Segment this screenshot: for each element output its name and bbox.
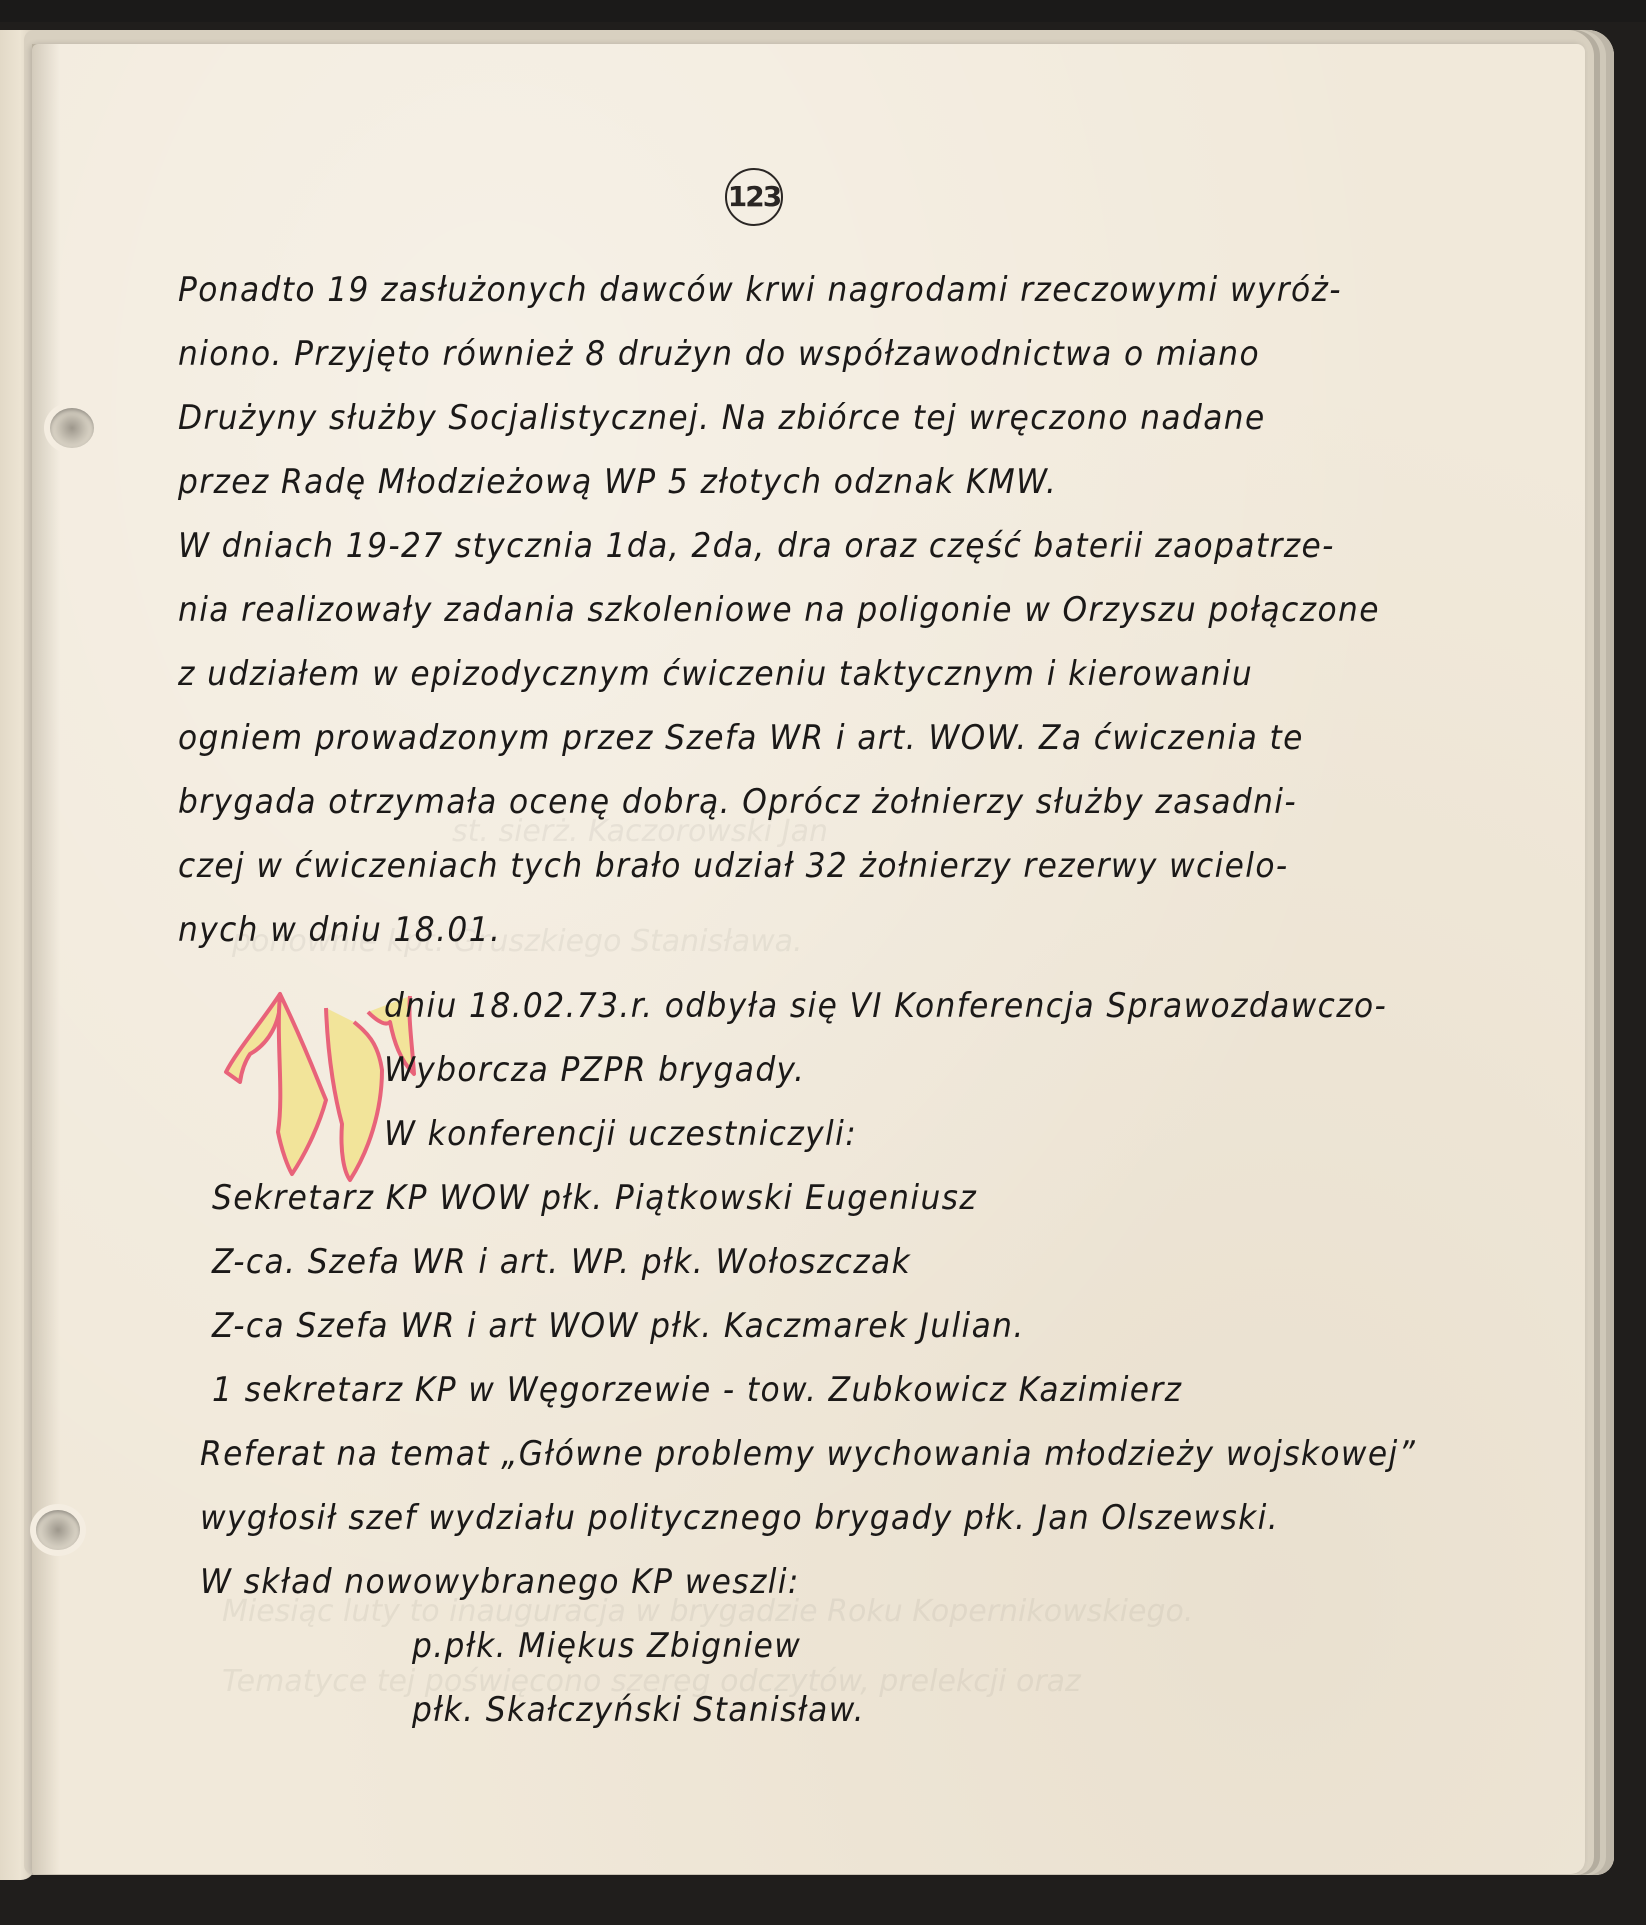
text-line: z udziałem w epizodycznym ćwiczeniu takt… — [178, 654, 1253, 694]
text-line: nych w dniu 18.01. — [178, 910, 501, 950]
text-line: Sekretarz KP WOW płk. Piątkowski Eugeniu… — [212, 1178, 977, 1218]
background-strip — [0, 0, 1646, 22]
text-line: Ponadto 19 zasłużonych dawców krwi nagro… — [178, 270, 1342, 310]
gutter-shadow — [32, 44, 60, 1874]
page-number: 123 — [725, 168, 783, 226]
text-line: W konferencji uczestniczyli: — [384, 1114, 857, 1154]
text-line: W dniach 19-27 stycznia 1da, 2da, dra or… — [178, 526, 1335, 566]
text-line: W skład nowowybranego KP weszli: — [200, 1562, 800, 1602]
text-line: ogniem prowadzonym przez Szefa WR i art.… — [178, 718, 1304, 758]
text-line: wygłosił szef wydziału politycznego bryg… — [200, 1498, 1279, 1538]
text-line: Wyborcza PZPR brygady. — [384, 1050, 805, 1090]
text-line: niono. Przyjęto również 8 drużyn do wspó… — [178, 334, 1260, 374]
text-line: płk. Skałczyński Stanisław. — [412, 1690, 865, 1730]
text-line: Referat na temat „Główne problemy wychow… — [200, 1434, 1416, 1474]
text-line: Drużyny służby Socjalistycznej. Na zbiór… — [178, 398, 1266, 438]
text-line: Z-ca. Szefa WR i art. WP. płk. Wołoszcza… — [212, 1242, 911, 1282]
text-line: p.płk. Miękus Zbigniew — [412, 1626, 801, 1666]
text-line: 1 sekretarz KP w Węgorzewie - tow. Zubko… — [212, 1370, 1182, 1410]
text-line: nia realizowały zadania szkoleniowe na p… — [178, 590, 1380, 630]
text-line: przez Radę Młodzieżową WP 5 złotych odzn… — [178, 462, 1057, 502]
scanned-book-scene: st. sierż. Kaczorowski Jan ponownie kpt.… — [0, 0, 1646, 1925]
text-line: czej w ćwiczeniach tych brało udział 32 … — [178, 846, 1289, 886]
punch-hole-icon — [36, 1510, 80, 1550]
document-page: st. sierż. Kaczorowski Jan ponownie kpt.… — [32, 44, 1585, 1874]
text-line: dniu 18.02.73.r. odbyła się VI Konferenc… — [384, 986, 1387, 1026]
text-line: brygada otrzymała ocenę dobrą. Oprócz żo… — [178, 782, 1297, 822]
text-line: Z-ca Szefa WR i art WOW płk. Kaczmarek J… — [212, 1306, 1025, 1346]
punch-hole-icon — [50, 408, 94, 448]
